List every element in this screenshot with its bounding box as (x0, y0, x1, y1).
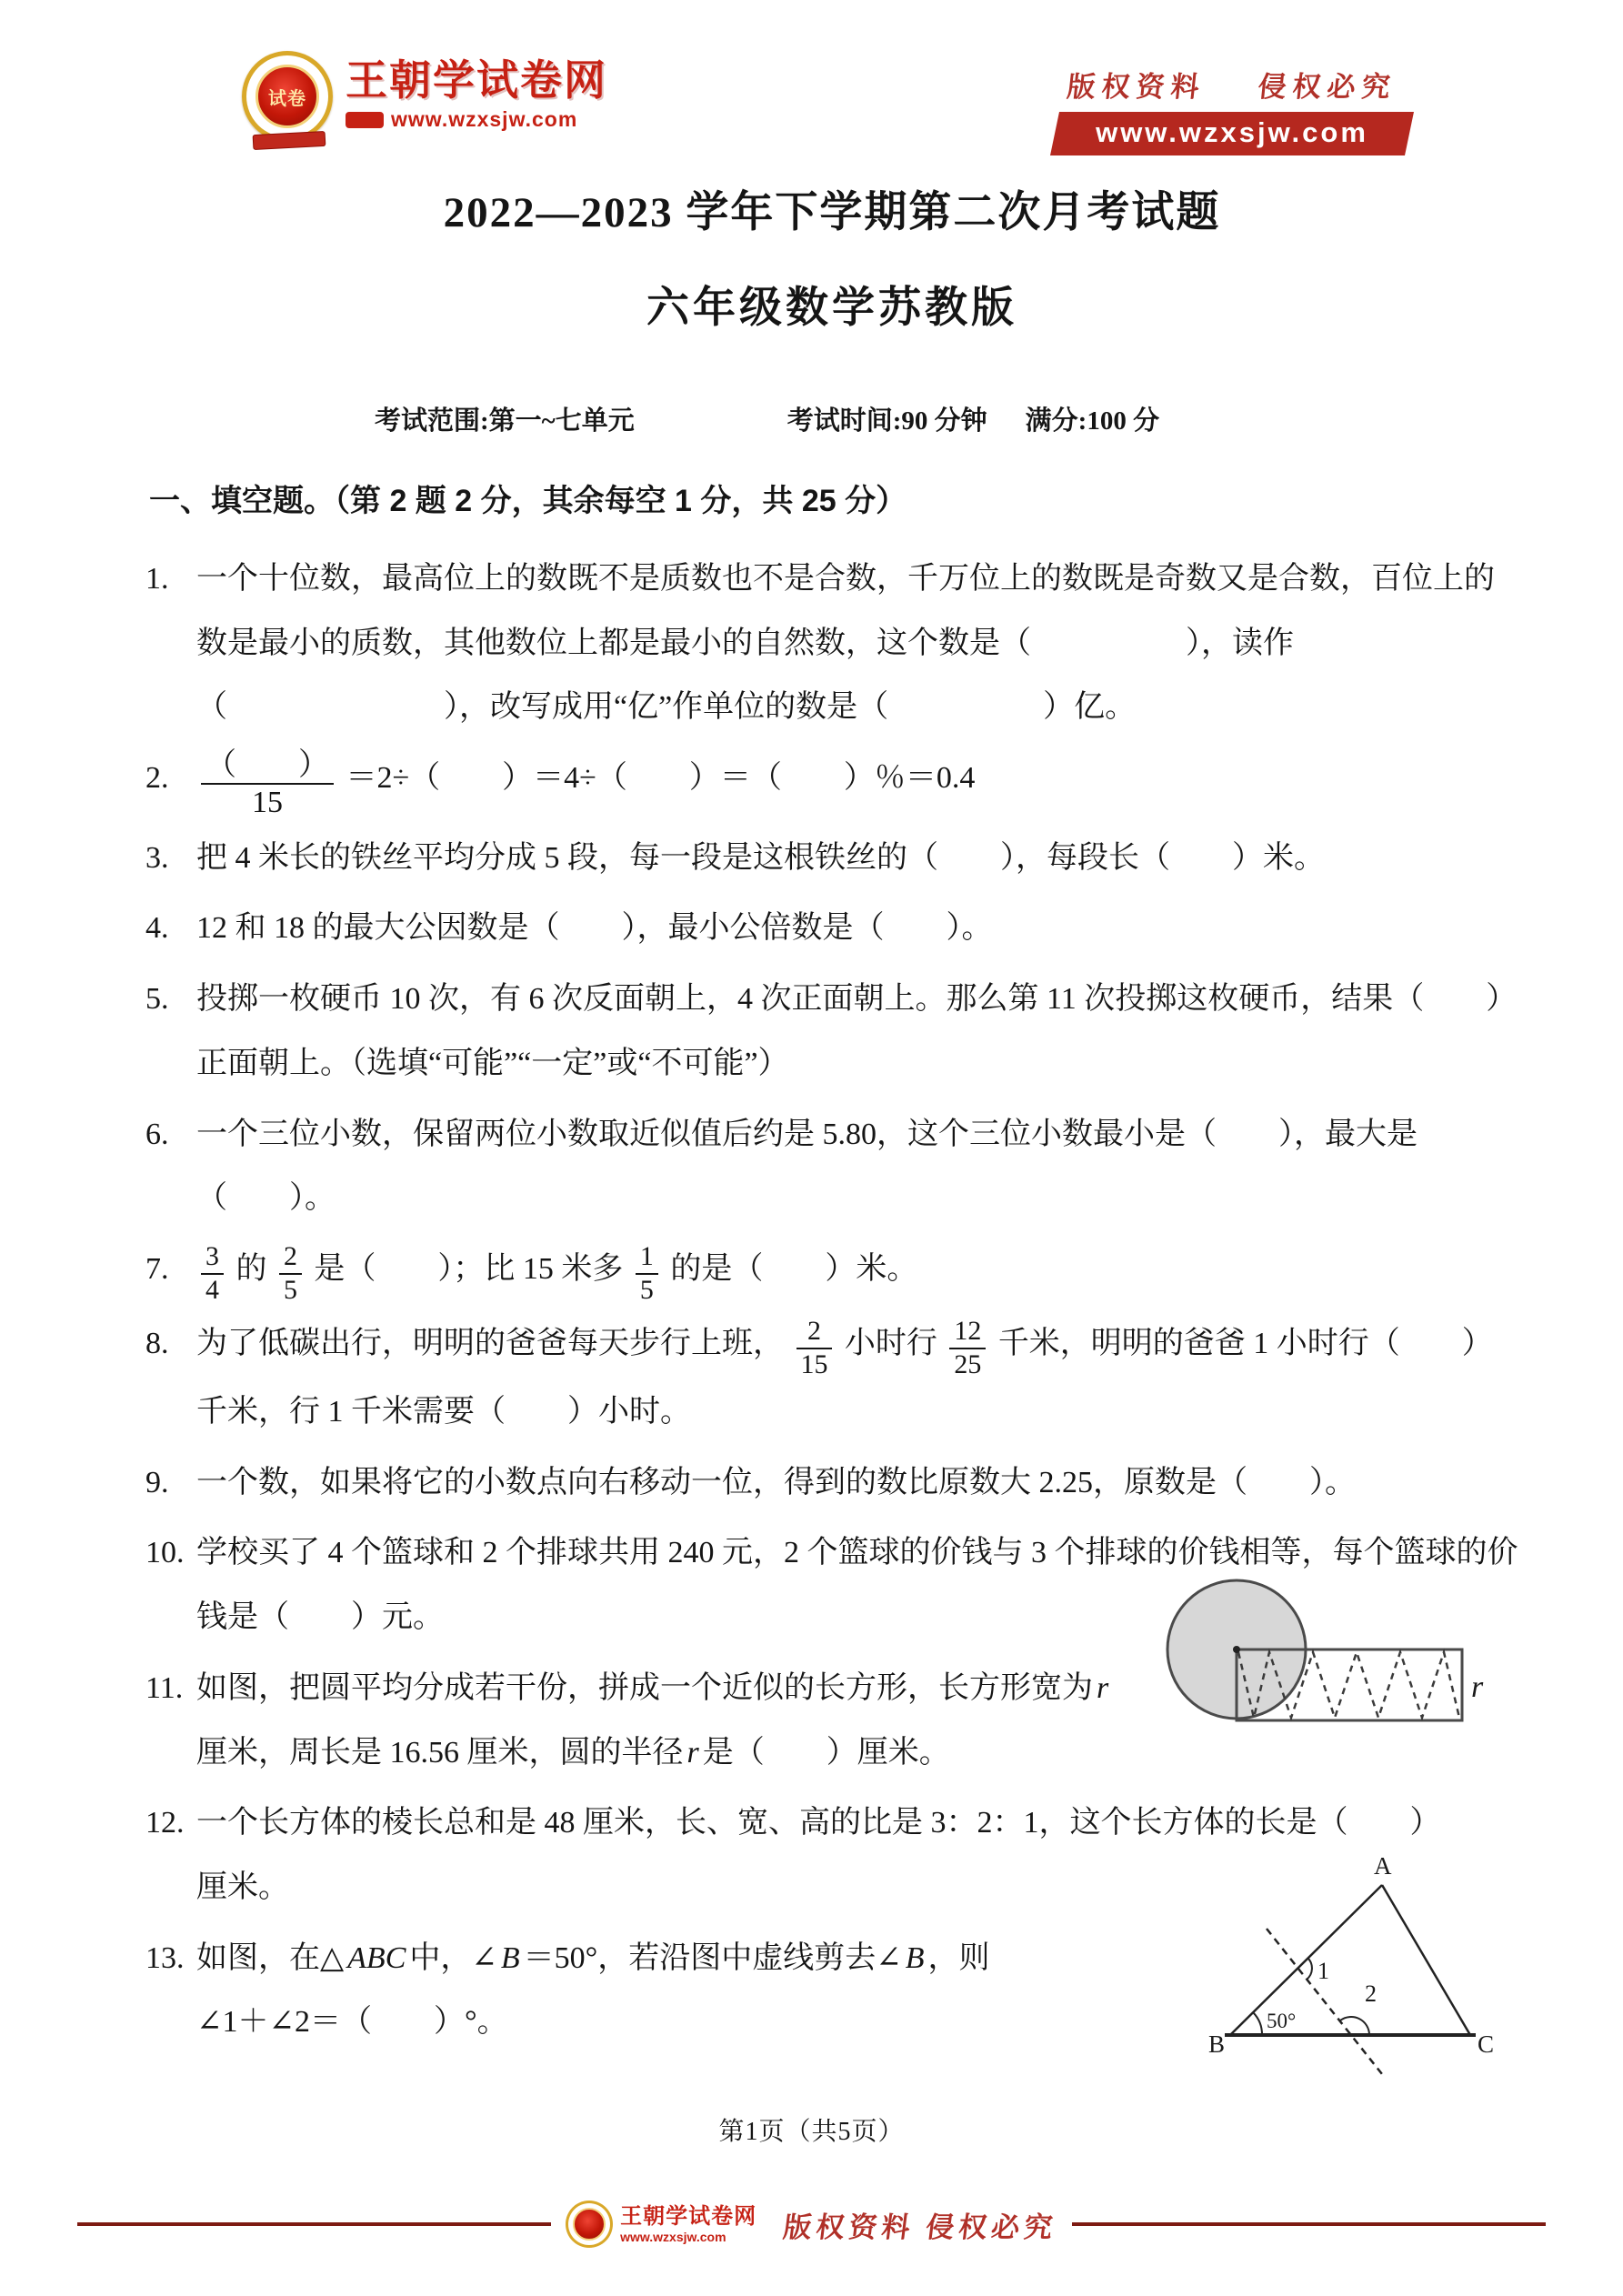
question-text-part: 如图，把圆平均分成若干份，拼成一个近似的长方形，长方形宽为 (196, 1671, 1093, 1705)
question-text: 如图，在△ABC中，∠B＝50°，若沿图中虚线剪去∠B，则 ∠1＋∠2＝（ ）°… (196, 1927, 1197, 2055)
question-text-part: 是（ ）；比 15 米多 (314, 1252, 623, 1286)
question-text-part: 的 (235, 1252, 266, 1286)
angle-2-arc (1340, 2017, 1369, 2035)
exam-page: 试卷 王朝学试卷网 www.wzxsjw.com 版权资料 侵权必究 www.w… (0, 0, 1623, 2296)
question-list: 1. 一个十位数，最高位上的数既不是质数也不是合数，千万位上的数既是奇数又是合数… (145, 547, 1518, 2055)
question-text-part: ＝2÷（ ）＝4÷（ ）＝（ ）％＝0.4 (346, 761, 976, 795)
question-number: 7. (145, 1238, 196, 1306)
fraction: 12 25 (949, 1316, 986, 1380)
fraction-numerator: 12 (949, 1316, 986, 1349)
footer-emblem-icon (566, 2201, 613, 2248)
exam-full-score: 满分:100 分 (1026, 400, 1159, 437)
circle-rectangle-figure: r (1162, 1549, 1500, 1766)
fraction-numerator: 3 (201, 1241, 224, 1274)
fraction-denominator: 15 (201, 785, 334, 820)
question-number: 4. (145, 897, 196, 961)
site-url-tag-icon (346, 112, 384, 128)
fraction-denominator: 5 (636, 1275, 658, 1306)
fraction-numerator: 1 (636, 1241, 658, 1274)
site-name: 王朝学试卷网 (346, 58, 607, 102)
vertex-label-c: C (1478, 2030, 1494, 2058)
question-9: 9. 一个数，如果将它的小数点向右移动一位，得到的数比原数大 2.25，原数是（… (145, 1451, 1518, 1516)
question-2: 2. （ ） 15 ＝2÷（ ）＝4÷（ ）＝（ ）％＝0.4 (145, 747, 1518, 820)
exam-scope: 考试范围:第一~七单元 (375, 400, 635, 437)
fraction-numerator: （ ） (201, 747, 334, 785)
question-text-part: 的是（ ）米。 (670, 1252, 917, 1286)
question-text: 12 和 18 的最大公因数是（ ），最小公倍数是（ ）。 (196, 897, 1518, 961)
site-url: www.wzxsjw.com (391, 107, 577, 132)
angle-b-name: B (902, 1941, 928, 1975)
exam-time-score: 考试时间:90 分钟 满分:100 分 (787, 400, 1159, 437)
question-text-part: ＝50°，若沿图中虚线剪去∠ (524, 1941, 902, 1975)
triangle-name: ABC (344, 1941, 409, 1975)
footer-copyright-slogan: 版权资料 侵权必究 (781, 2204, 1059, 2245)
site-url-row: www.wzxsjw.com (346, 107, 607, 132)
question-number: 3. (145, 827, 196, 891)
question-number: 11. (145, 1657, 196, 1785)
copyright-slogan: 版权资料 侵权必究 (1048, 64, 1417, 105)
footer-divider-left (77, 2222, 551, 2226)
question-number: 13. (145, 1927, 196, 2055)
fraction-numerator: 2 (796, 1316, 833, 1349)
question-number: 9. (145, 1451, 196, 1516)
question-text-line1: 一个长方体的棱长总和是 48 厘米，长、宽、高的比是 3：2：1，这个长方体的长… (196, 1791, 1518, 1856)
circle-center-dot (1233, 1646, 1240, 1653)
copyright-slogan-left: 版权资料 (1066, 64, 1208, 105)
radius-label: r (1471, 1670, 1484, 1704)
exam-subtitle: 六年级数学苏教版 (145, 274, 1518, 335)
fraction: 3 4 (201, 1241, 224, 1306)
footer: 王朝学试卷网 www.wzxsjw.com 版权资料 侵权必究 (77, 2201, 1546, 2248)
question-number: 6. (145, 1103, 196, 1231)
footer-divider-right (1072, 2222, 1546, 2226)
question-number: 1. (145, 547, 196, 740)
triangle-figure: A B C 1 2 50° (1205, 1849, 1514, 2090)
exam-body: 2022—2023 学年下学期第二次月考试题 六年级数学苏教版 考试范围:第一~… (145, 178, 1518, 2061)
angle-b-name: B (497, 1941, 524, 1975)
question-4: 4. 12 和 18 的最大公因数是（ ），最小公倍数是（ ）。 (145, 897, 1518, 961)
variable-r: r (684, 1736, 703, 1770)
exam-time: 考试时间:90 分钟 (787, 400, 987, 437)
exam-meta: 考试范围:第一~七单元 考试时间:90 分钟 满分:100 分 (145, 400, 1518, 437)
question-text: （ ） 15 ＝2÷（ ）＝4÷（ ）＝（ ）％＝0.4 (196, 747, 1518, 820)
variable-r: r (1093, 1671, 1112, 1705)
question-1: 1. 一个十位数，最高位上的数既不是质数也不是合数，千万位上的数既是奇数又是合数… (145, 547, 1518, 740)
question-number: 5. (145, 968, 196, 1096)
question-text-part: 厘米，周长是 16.56 厘米，圆的半径 (196, 1736, 684, 1770)
question-text: 3 4 的 2 5 是（ ）；比 15 米多 1 5 的是（ ）米。 (196, 1238, 1518, 1306)
fraction: （ ） 15 (201, 747, 334, 820)
question-11: 11. 如图，把圆平均分成若干份，拼成一个近似的长方形，长方形宽为r厘米，周长是… (145, 1657, 1518, 1785)
question-text: 一个数，如果将它的小数点向右移动一位，得到的数比原数大 2.25，原数是（ ）。 (196, 1451, 1518, 1516)
site-emblem-icon: 试卷 (242, 51, 333, 142)
question-text-line2: ∠1＋∠2＝（ ）°。 (196, 1990, 1197, 2055)
header-logo: 试卷 王朝学试卷网 www.wzxsjw.com (242, 51, 607, 142)
question-number: 10. (145, 1521, 196, 1649)
side-ac (1382, 1885, 1470, 2035)
question-13: 13. 如图，在△ABC中，∠B＝50°，若沿图中虚线剪去∠B，则 ∠1＋∠2＝… (145, 1927, 1518, 2055)
vertex-label-b: B (1208, 2030, 1225, 2058)
site-emblem-ribbon (253, 131, 326, 150)
question-text-part: 为了低碳出行，明明的爸爸每天步行上班， (196, 1327, 784, 1360)
site-logo-text: 王朝学试卷网 www.wzxsjw.com (346, 51, 607, 132)
footer-site-name: 王朝学试卷网 (620, 2206, 756, 2228)
fraction-numerator: 2 (279, 1241, 302, 1274)
question-text: 如图，把圆平均分成若干份，拼成一个近似的长方形，长方形宽为r厘米，周长是 16.… (196, 1657, 1115, 1785)
question-text: 一个三位小数，保留两位小数取近似值后约是 5.80，这个三位小数最小是（ ），最… (196, 1103, 1518, 1231)
site-url-banner: www.wzxsjw.com (1050, 112, 1414, 155)
question-text-part: 小时行 (845, 1327, 937, 1360)
question-3: 3. 把 4 米长的铁丝平均分成 5 段，每一段是这根铁丝的（ ），每段长（ ）… (145, 827, 1518, 891)
fraction-denominator: 25 (949, 1349, 986, 1380)
fraction-denominator: 4 (201, 1275, 224, 1306)
copyright-slogan-right: 侵权必究 (1257, 64, 1399, 105)
page-number: 第1页（共5页） (0, 2111, 1623, 2148)
question-text-line1: 如图，在△ABC中，∠B＝50°，若沿图中虚线剪去∠B，则 (196, 1927, 1197, 1991)
question-text-part: 如图，在△ (196, 1941, 344, 1975)
fraction: 2 15 (796, 1316, 833, 1380)
question-number: 2. (145, 747, 196, 820)
fraction-denominator: 15 (796, 1349, 833, 1380)
question-6: 6. 一个三位小数，保留两位小数取近似值后约是 5.80，这个三位小数最小是（ … (145, 1103, 1518, 1231)
footer-site-url: www.wzxsjw.com (620, 2231, 756, 2243)
angle-1-arc (1307, 1958, 1312, 1980)
question-number: 8. (145, 1312, 196, 1445)
fraction-denominator: 5 (279, 1275, 302, 1306)
footer-logo: 王朝学试卷网 www.wzxsjw.com (566, 2201, 756, 2248)
exam-title: 2022—2023 学年下学期第二次月考试题 (145, 178, 1518, 239)
question-text-part: 是（ ）厘米。 (703, 1736, 950, 1770)
angle-b-arc (1253, 2012, 1262, 2035)
question-number: 12. (145, 1791, 196, 1920)
question-text: 为了低碳出行，明明的爸爸每天步行上班， 2 15 小时行 12 25 千米，明明… (196, 1312, 1518, 1445)
angle-b-label: 50° (1267, 2010, 1296, 2032)
question-text: 把 4 米长的铁丝平均分成 5 段，每一段是这根铁丝的（ ），每段长（ ）米。 (196, 827, 1518, 891)
angle-2-label: 2 (1365, 1980, 1377, 2007)
section-heading: 一、填空题。（第 2 题 2 分，其余每空 1 分，共 25 分） (149, 476, 1518, 520)
site-emblem-mark: 试卷 (268, 84, 306, 110)
question-8: 8. 为了低碳出行，明明的爸爸每天步行上班， 2 15 小时行 12 25 千米… (145, 1312, 1518, 1445)
vertex-label-a: A (1374, 1852, 1392, 1880)
question-7: 7. 3 4 的 2 5 是（ ）；比 15 米多 1 5 (145, 1238, 1518, 1306)
footer-logo-text: 王朝学试卷网 www.wzxsjw.com (620, 2206, 756, 2243)
fraction: 2 5 (279, 1241, 302, 1306)
fraction: 1 5 (636, 1241, 658, 1306)
question-text: 投掷一枚硬币 10 次，有 6 次反面朝上，4 次正面朝上。那么第 11 次投掷… (196, 968, 1518, 1096)
question-text-part: ，则 (928, 1941, 990, 1975)
footer-emblem-center (573, 2208, 606, 2241)
angle-1-label: 1 (1317, 1958, 1329, 1984)
header-copyright: 版权资料 侵权必究 www.wzxsjw.com (1050, 64, 1414, 155)
question-5: 5. 投掷一枚硬币 10 次，有 6 次反面朝上，4 次正面朝上。那么第 11 … (145, 968, 1518, 1096)
site-emblem-center: 试卷 (255, 65, 319, 128)
question-text-part: 中，∠ (409, 1941, 497, 1975)
question-text: 一个十位数，最高位上的数既不是质数也不是合数，千万位上的数既是奇数又是合数，百位… (196, 547, 1518, 740)
